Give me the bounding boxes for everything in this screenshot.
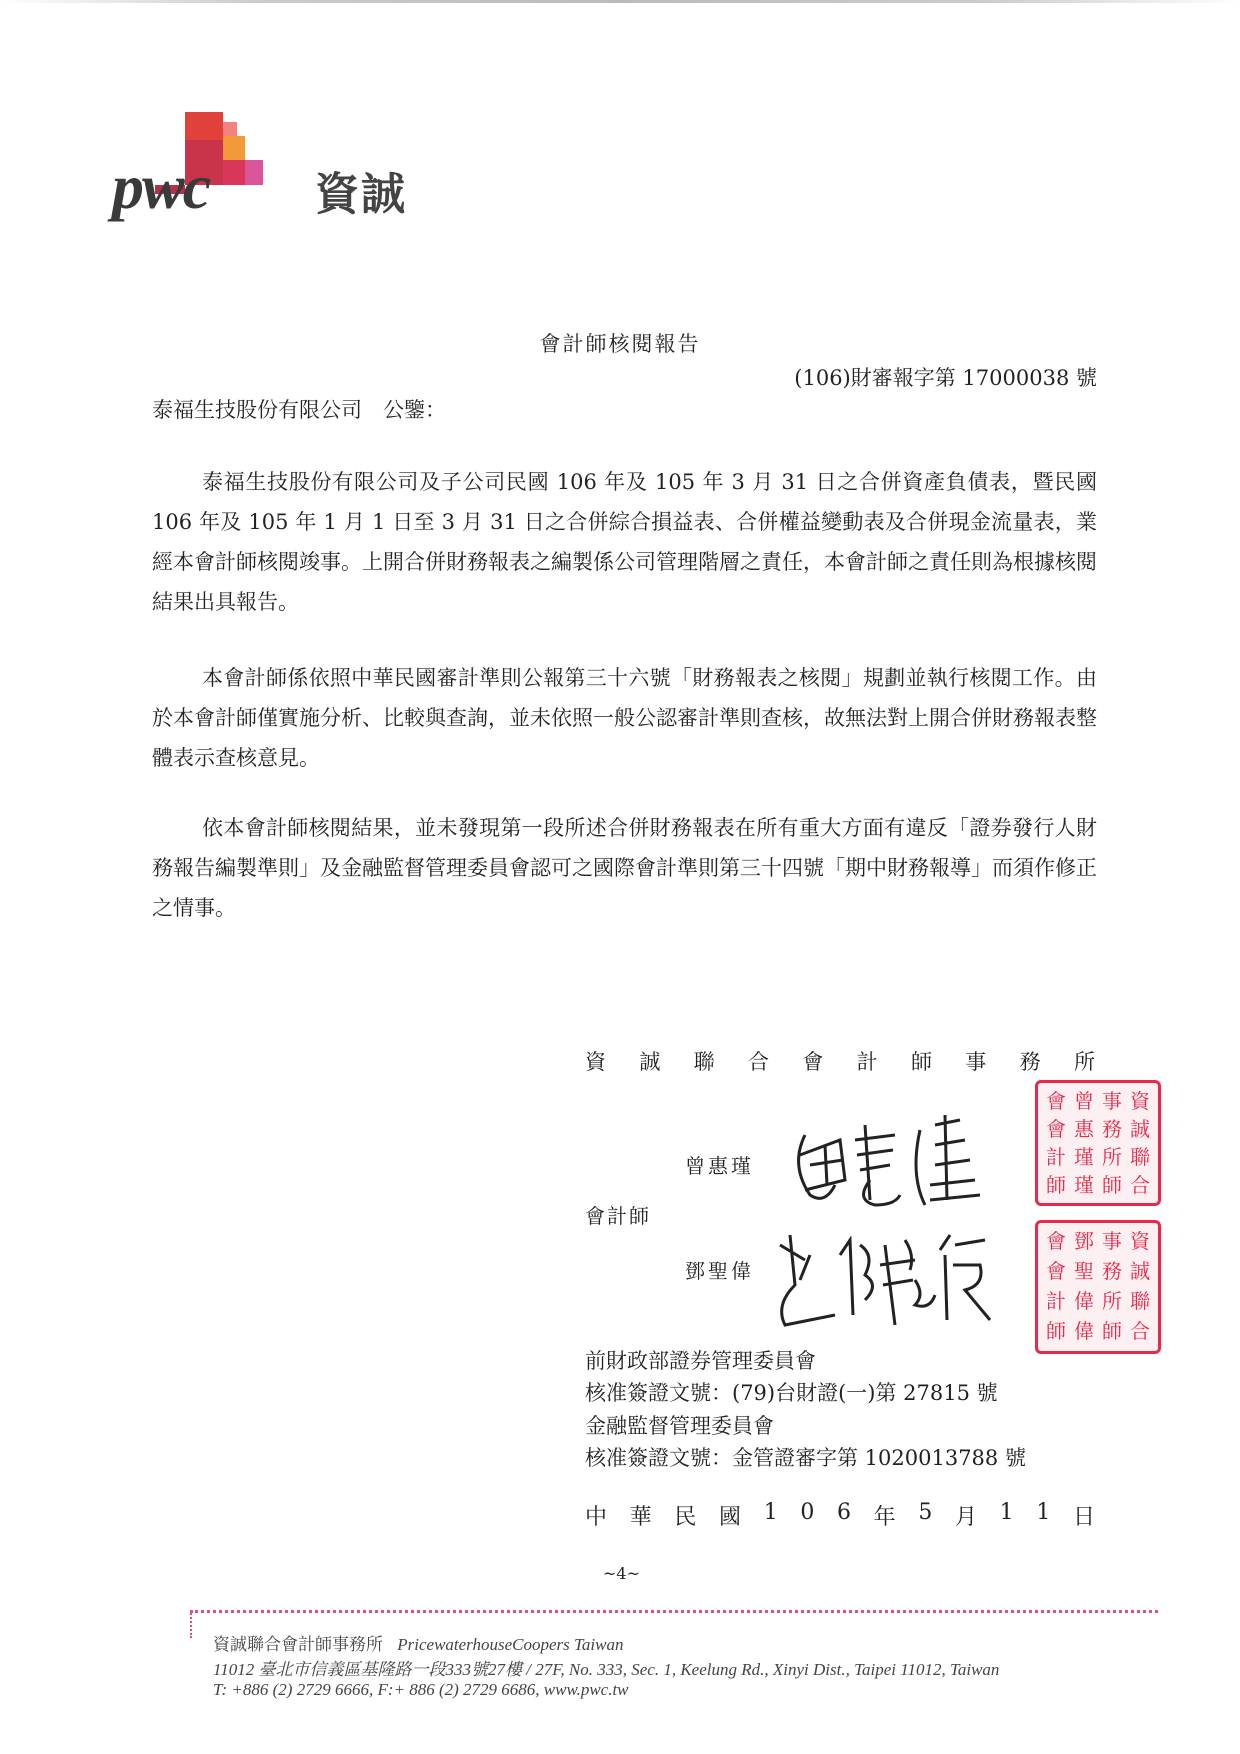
footer-contact: T: +886 (2) 2729 6666, F:+ 886 (2) 2729 … <box>213 1680 629 1700</box>
footer-firm-en: PricewaterhouseCoopers Taiwan <box>397 1635 623 1654</box>
seal-char: 誠 <box>1126 1115 1154 1143</box>
seal-char: 曾 <box>1070 1087 1098 1115</box>
paragraph-scope: 泰福生技股份有限公司及子公司民國 106 年及 105 年 3 月 31 日之合… <box>152 462 1097 622</box>
date-char: 民 <box>674 1500 696 1531</box>
page-number: ~4~ <box>603 1564 640 1583</box>
seal-char: 聯 <box>1126 1143 1154 1171</box>
seal-char: 會 <box>1042 1087 1070 1115</box>
date-char: 5 <box>918 1500 932 1531</box>
seal-char: 聖 <box>1070 1257 1098 1287</box>
seal-char: 務 <box>1098 1257 1126 1287</box>
date-char: 1 <box>764 1500 778 1531</box>
seal-char: 惠 <box>1070 1115 1098 1143</box>
seal-char: 師 <box>1098 1171 1126 1199</box>
seal-char: 師 <box>1042 1171 1070 1199</box>
seal-char: 資 <box>1126 1227 1154 1257</box>
seal-char: 師 <box>1042 1317 1070 1347</box>
date-char: 6 <box>837 1500 851 1531</box>
firm-char: 會 <box>802 1046 823 1076</box>
date-char: 1 <box>1036 1500 1050 1531</box>
paragraph-conclusion: 依本會計師核閱結果，並未發現第一段所述合併財務報表在所有重大方面有違反「證券發行… <box>152 808 1097 928</box>
seal-char: 所 <box>1098 1143 1126 1171</box>
firm-char: 計 <box>857 1046 878 1076</box>
seal-char: 瑾 <box>1070 1143 1098 1171</box>
seal-char: 合 <box>1126 1171 1154 1199</box>
footer-address: 11012 臺北市信義區基隆路一段333號27樓 / 27F, No. 333,… <box>213 1655 999 1680</box>
report-title: 會計師核閱報告 <box>0 328 1240 358</box>
seal-char: 誠 <box>1126 1257 1154 1287</box>
date-char: 華 <box>630 1500 652 1531</box>
date-char: 中 <box>585 1500 607 1531</box>
seal-char: 務 <box>1098 1115 1126 1143</box>
paragraph-basis: 本會計師係依照中華民國審計準則公報第三十六號「財務報表之核閱」規劃並執行核閱工作… <box>152 658 1097 778</box>
seal-char: 師 <box>1098 1317 1126 1347</box>
firm-char: 資 <box>585 1046 606 1076</box>
accountant-seal-1: 會 曾 事 資 會 惠 務 誠 計 瑾 所 聯 師 瑾 師 合 <box>1035 1080 1161 1206</box>
brand-chinese-name: 資誠 <box>315 158 407 222</box>
footer-divider-corner <box>190 1610 192 1638</box>
footer-divider <box>190 1610 1158 1613</box>
firm-char: 誠 <box>639 1046 660 1076</box>
cpa-label: 會計師 <box>585 1200 651 1229</box>
document-number: (106)財審報字第 17000038 號 <box>794 362 1097 392</box>
date-char: 0 <box>800 1500 814 1531</box>
footer-firm-line: 資誠聯合會計師事務所 PricewaterhouseCoopers Taiwan <box>213 1630 623 1655</box>
registration-number-1: 核准簽證文號：(79)台財證(一)第 27815 號 <box>585 1377 998 1407</box>
firm-char: 合 <box>748 1046 769 1076</box>
seal-char: 偉 <box>1070 1317 1098 1347</box>
seal-char: 合 <box>1126 1317 1154 1347</box>
registration-authority-1: 前財政部證券管理委員會 <box>585 1345 816 1375</box>
accountant-seal-2: 會 鄧 事 資 會 聖 務 誠 計 偉 所 聯 師 偉 師 合 <box>1035 1220 1161 1354</box>
firm-char: 務 <box>1020 1046 1041 1076</box>
scan-edge <box>0 0 1240 3</box>
seal-char: 會 <box>1042 1227 1070 1257</box>
firm-name: 資 誠 聯 合 會 計 師 事 務 所 <box>585 1046 1095 1076</box>
footer-firm-cn: 資誠聯合會計師事務所 <box>213 1635 383 1654</box>
firm-char: 事 <box>965 1046 986 1076</box>
seal-char: 計 <box>1042 1143 1070 1171</box>
registration-authority-2: 金融監督管理委員會 <box>585 1410 774 1440</box>
seal-char: 所 <box>1098 1287 1126 1317</box>
report-date: 中 華 民 國 1 0 6 年 5 月 1 1 日 <box>585 1500 1095 1531</box>
firm-char: 師 <box>911 1046 932 1076</box>
signature-2-icon <box>765 1225 995 1340</box>
seal-char: 會 <box>1042 1115 1070 1143</box>
pwc-wordmark: pwc <box>112 150 209 224</box>
firm-char: 聯 <box>694 1046 715 1076</box>
seal-char: 鄧 <box>1070 1227 1098 1257</box>
seal-char: 瑾 <box>1070 1171 1098 1199</box>
date-char: 年 <box>874 1500 896 1531</box>
date-char: 1 <box>1000 1500 1014 1531</box>
date-char: 日 <box>1073 1500 1095 1531</box>
addressee: 泰福生技股份有限公司 公鑒： <box>152 394 446 424</box>
date-char: 國 <box>719 1500 741 1531</box>
date-char: 月 <box>955 1500 977 1531</box>
registration-number-2: 核准簽證文號：金管證審字第 1020013788 號 <box>585 1442 1026 1472</box>
seal-char: 資 <box>1126 1087 1154 1115</box>
accountant-name-1: 曾惠瑾 <box>685 1150 754 1179</box>
seal-char: 事 <box>1098 1227 1126 1257</box>
accountant-name-2: 鄧聖偉 <box>685 1255 754 1284</box>
seal-char: 會 <box>1042 1257 1070 1287</box>
firm-char: 所 <box>1074 1046 1095 1076</box>
signature-1-icon <box>785 1105 985 1220</box>
seal-char: 聯 <box>1126 1287 1154 1317</box>
seal-char: 偉 <box>1070 1287 1098 1317</box>
seal-char: 計 <box>1042 1287 1070 1317</box>
seal-char: 事 <box>1098 1087 1126 1115</box>
